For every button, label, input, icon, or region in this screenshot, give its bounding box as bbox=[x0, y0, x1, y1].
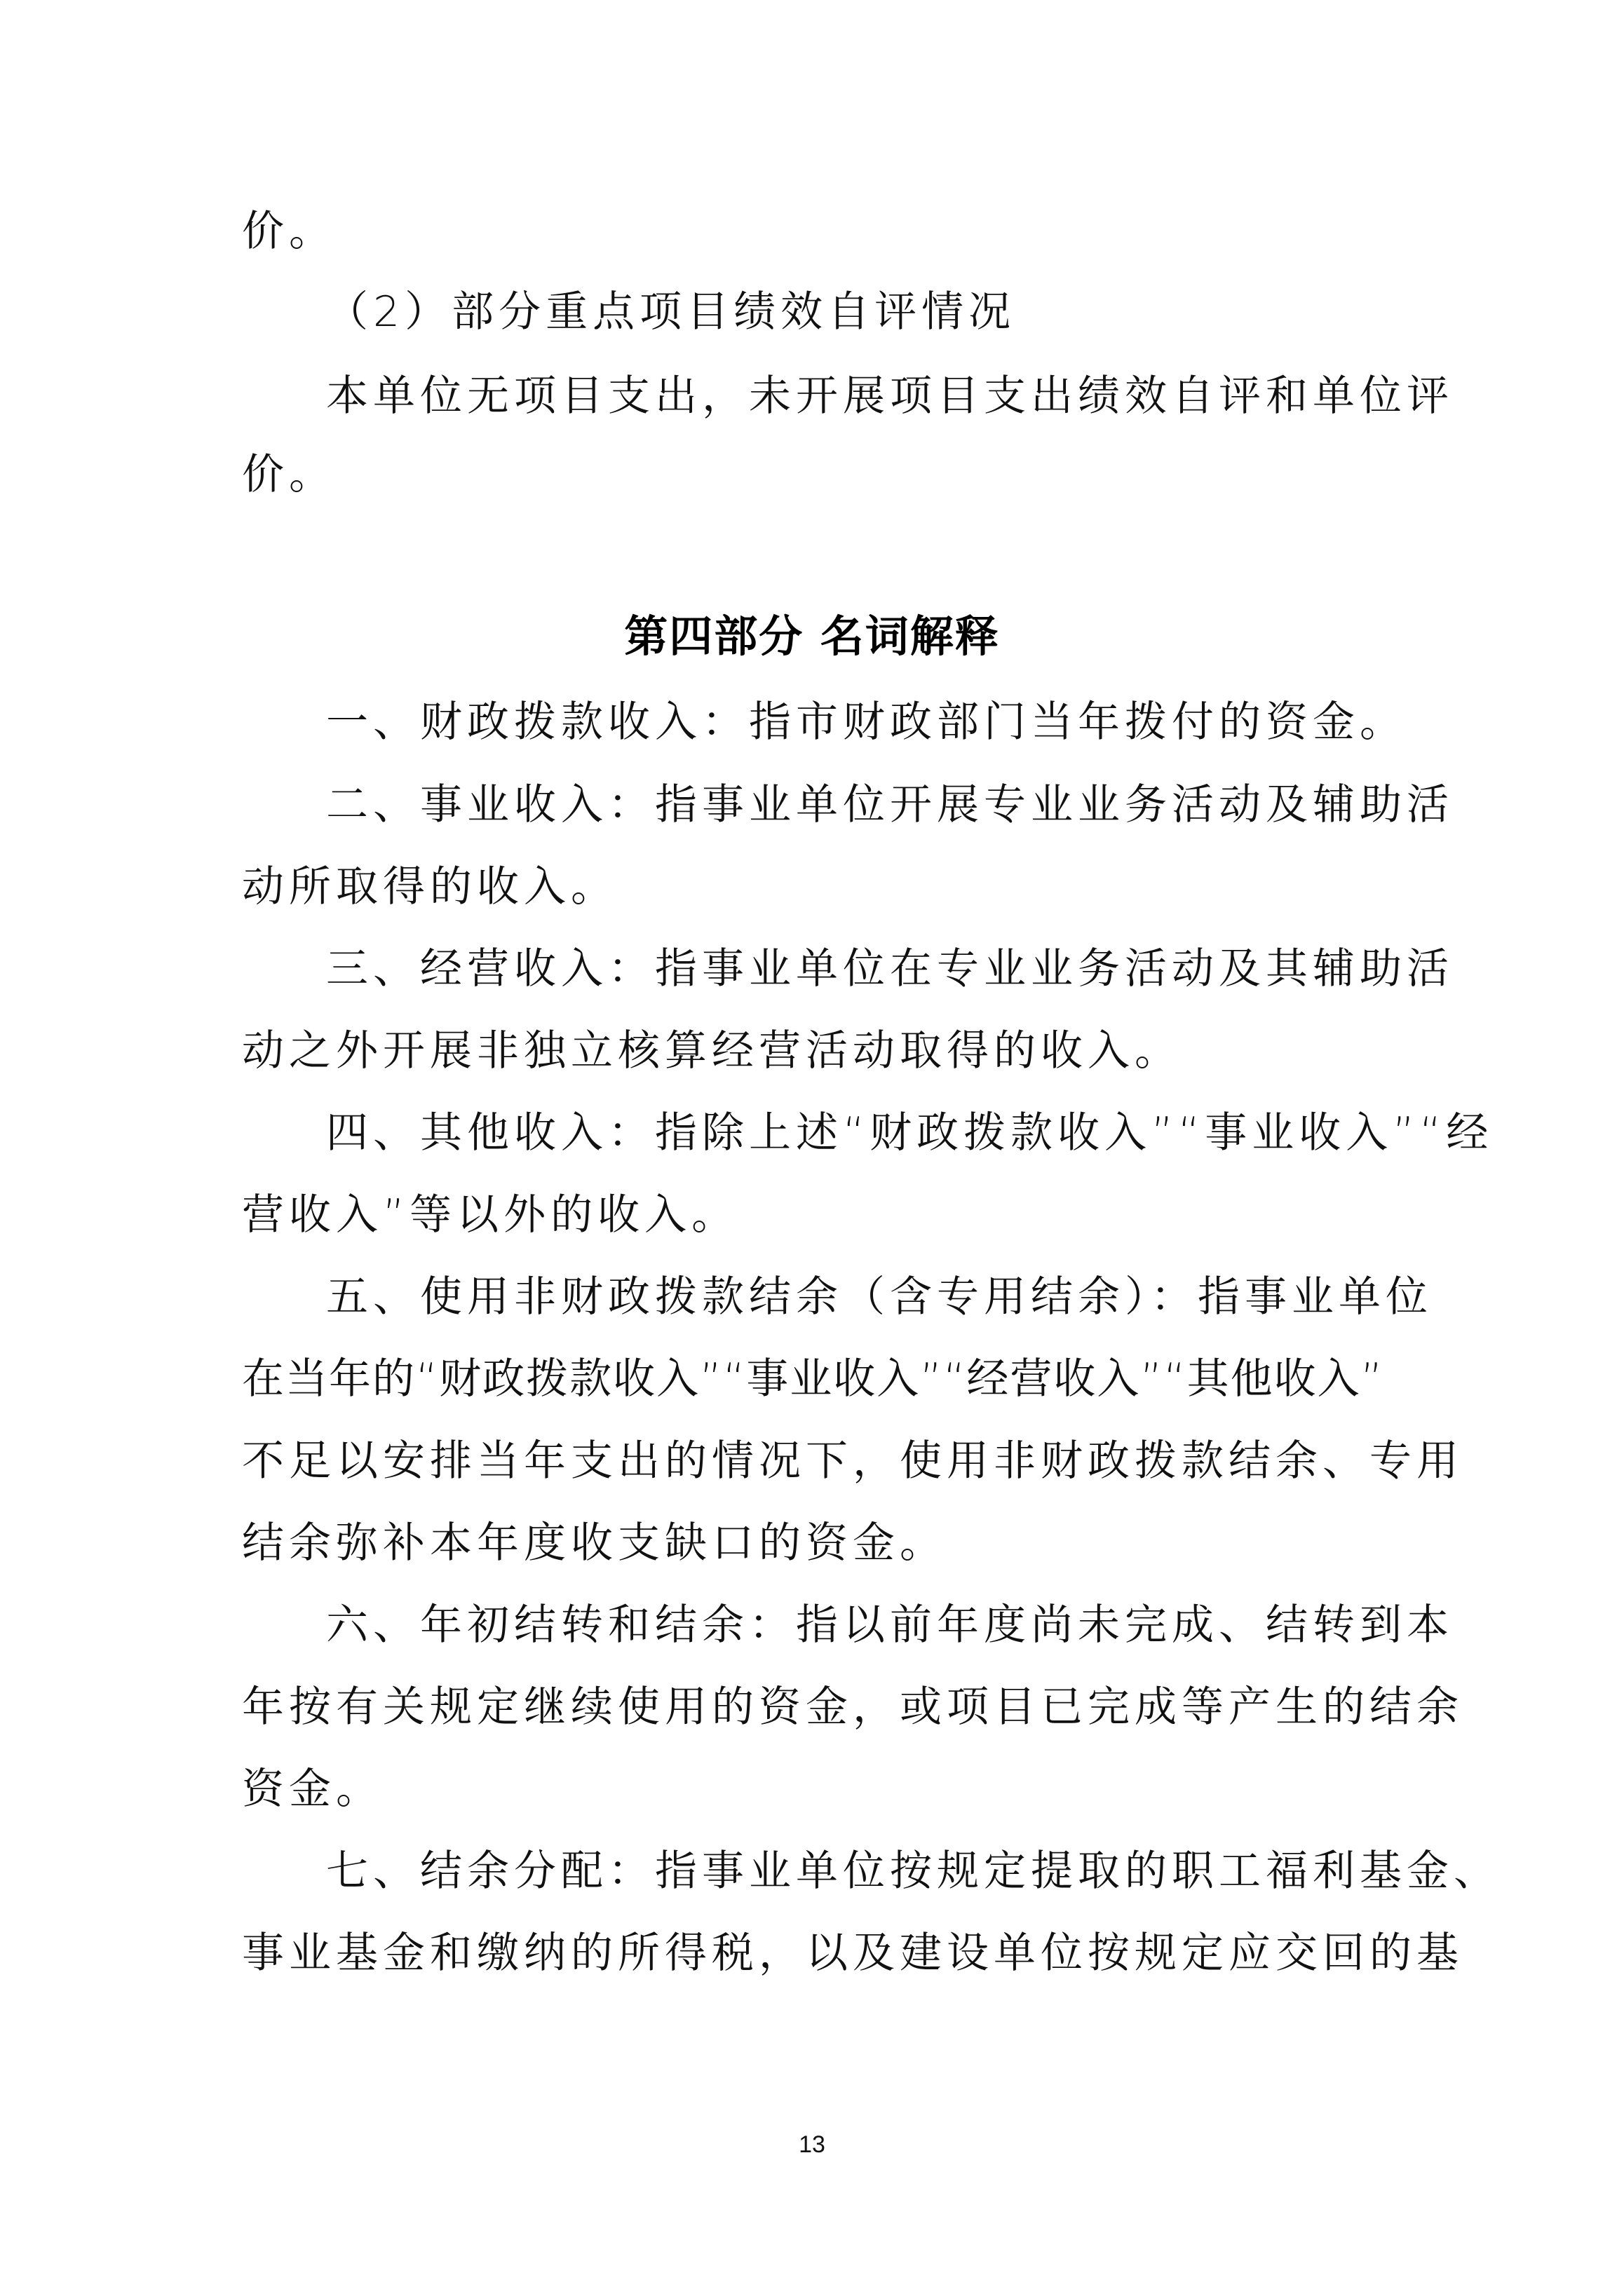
definition-line: 二、事业收入：指事业单位开展专业业务活动及辅助活 bbox=[326, 777, 1476, 833]
definition-line: 六、年初结转和结余：指以前年度尚未完成、结转到本 bbox=[326, 1597, 1476, 1653]
section-heading: 第四部分 名词解释 bbox=[0, 609, 1624, 665]
paragraph-line: 价。 bbox=[242, 203, 1392, 259]
definition-line: 动之外开展非独立核算经营活动取得的收入。 bbox=[242, 1023, 1392, 1079]
definition-line: 三、经营收入：指事业单位在专业业务活动及其辅助活 bbox=[326, 941, 1476, 997]
definition-line: 结余弥补本年度收支缺口的资金。 bbox=[242, 1515, 1392, 1571]
definition-line: 动所取得的收入。 bbox=[242, 859, 1392, 915]
definition-line: 营收入”等以外的收入。 bbox=[242, 1187, 1392, 1243]
definition-line: 事业基金和缴纳的所得税，以及建设单位按规定应交回的基 bbox=[242, 1925, 1392, 1981]
subsection-title: （2）部分重点项目绩效自评情况 bbox=[326, 284, 1476, 340]
definition-line: 不足以安排当年支出的情况下，使用非财政拨款结余、专用 bbox=[242, 1433, 1392, 1489]
definition-line: 年按有关规定继续使用的资金，或项目已完成等产生的结余 bbox=[242, 1679, 1392, 1735]
definition-line: 四、其他收入：指除上述“财政拨款收入”“事业收入”“经 bbox=[326, 1105, 1476, 1161]
paragraph-line: 本单位无项目支出，未开展项目支出绩效自评和单位评 bbox=[326, 368, 1476, 424]
definition-line: 七、结余分配：指事业单位按规定提取的职工福利基金、 bbox=[326, 1843, 1476, 1899]
paragraph-line: 价。 bbox=[242, 447, 1392, 503]
definition-line: 在当年的“财政拨款收入”“事业收入”“经营收入”“其他收入” bbox=[242, 1351, 1392, 1407]
definition-line: 五、使用非财政拨款结余（含专用结余）：指事业单位 bbox=[326, 1269, 1476, 1325]
definition-line: 一、财政拨款收入：指市财政部门当年拨付的资金。 bbox=[326, 694, 1476, 750]
page-number: 13 bbox=[0, 2131, 1624, 2159]
document-page: 价。 （2）部分重点项目绩效自评情况 本单位无项目支出，未开展项目支出绩效自评和… bbox=[0, 0, 1624, 2296]
definition-line: 资金。 bbox=[242, 1761, 1392, 1817]
